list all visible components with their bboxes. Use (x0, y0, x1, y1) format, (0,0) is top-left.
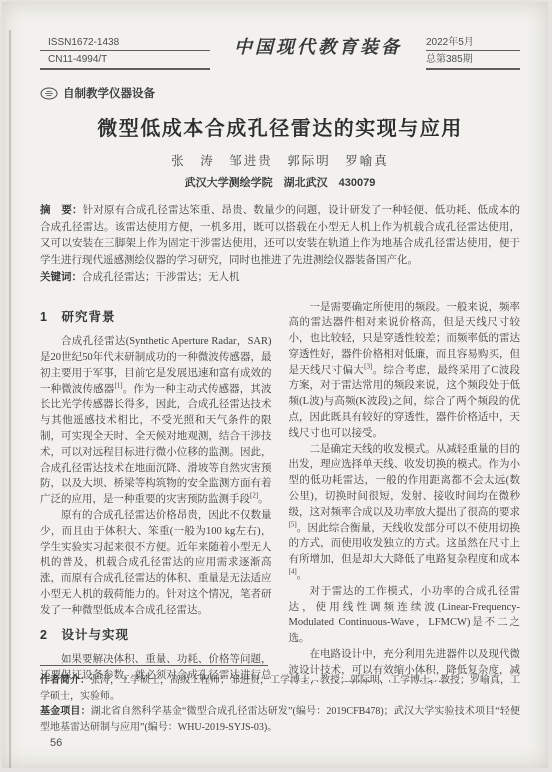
issn-block: ISSN1672-1438 CN11-4994/T (40, 36, 210, 70)
issn-number: ISSN1672-1438 (40, 36, 210, 51)
right-column: 一是需要确定所使用的频段。一般来说，频率高的雷达器件相对来说价格高，但是天线尺寸… (289, 300, 521, 682)
funding-label: 基金项目： (40, 706, 91, 717)
footnotes-block: 作者简介：张涛，工学硕士，高级工程师；邹进贵，工学博士，教授；郭际明，工学博士，… (40, 673, 520, 735)
section-1-paragraph-2: 原有的合成孔径雷达价格昂贵，因此不仅数量少，而且由于体积大、笨重(一般为100 … (40, 508, 272, 619)
keywords-label: 关键词： (40, 271, 82, 283)
section-1-paragraph-1: 合成孔径雷达(Synthetic Aperture Radar，SAR)是20世… (40, 334, 272, 508)
author-list: 张 涛 邹进贵 郭际明 罗喻真 (40, 151, 520, 169)
right-paragraph-3: 对于雷达的工作模式，小功率的合成孔径雷达，使用线性调频连续波(Linear-Fr… (289, 584, 521, 647)
keywords-line: 关键词：合成孔径雷达；干涉雷达；无人机 (40, 269, 520, 287)
abstract-label: 摘 要： (40, 204, 83, 216)
funding-text: 湖北省自然科学基金“微型合成孔径雷达研发”(编号：2019CFB478)；武汉大… (40, 706, 520, 733)
footnote-divider (40, 665, 268, 666)
article-title: 微型低成本合成孔径雷达的实现与应用 (40, 112, 520, 141)
right-paragraph-1: 一是需要确定所使用的频段。一般来说，频率高的雷达器件相对来说价格高，但是天线尺寸… (289, 300, 521, 442)
issue-block: 2022年5月 总第385期 (426, 36, 520, 70)
journal-masthead: ISSN1672-1438 CN11-4994/T 中国现代教育装备 2022年… (40, 36, 520, 70)
issue-date: 2022年5月 (426, 36, 520, 51)
abstract-text: 针对原有合成孔径雷达笨重、昂贵、数量少的问题，设计研发了一种轻便、低功耗、低成本… (40, 205, 520, 266)
page-number: 56 (50, 737, 62, 749)
cn-number: CN11-4994/T (40, 51, 210, 66)
section-1-heading: 1 研究背景 (40, 310, 272, 326)
issue-number: 总第385期 (426, 51, 520, 66)
column-stamp-icon (40, 87, 58, 100)
author-bio-label: 作者简介： (40, 675, 90, 686)
journal-page: ISSN1672-1438 CN11-4994/T 中国现代教育装备 2022年… (2, 2, 548, 768)
column-tag: 自制教学仪器设备 (40, 85, 520, 101)
left-column: 1 研究背景 合成孔径雷达(Synthetic Aperture Radar，S… (40, 300, 272, 682)
column-tag-label: 自制教学仪器设备 (63, 85, 155, 101)
body-columns: 1 研究背景 合成孔径雷达(Synthetic Aperture Radar，S… (40, 300, 520, 682)
journal-name: 中国现代教育装备 (234, 41, 402, 54)
right-paragraph-2: 二是确定天线的收发模式。从减轻重量的目的出发，理应选择单天线、收发切换的模式。作… (289, 442, 521, 584)
abstract-paragraph: 摘 要：针对原有合成孔径雷达笨重、昂贵、数量少的问题，设计研发了一种轻便、低功耗… (40, 202, 520, 269)
section-2-heading: 2 设计与实现 (40, 628, 272, 644)
funding-line: 基金项目：湖北省自然科学基金“微型合成孔径雷达研发”(编号：2019CFB478… (40, 704, 520, 735)
author-bio-text: 张涛，工学硕士，高级工程师；邹进贵，工学博士，教授；郭际明，工学博士，教授；罗喻… (40, 675, 520, 702)
keywords-text: 合成孔径雷达；干涉雷达；无人机 (82, 272, 240, 283)
author-bio-line: 作者简介：张涛，工学硕士，高级工程师；邹进贵，工学博士，教授；郭际明，工学博士，… (40, 673, 520, 704)
affiliation: 武汉大学测绘学院 湖北武汉 430079 (40, 174, 520, 190)
abstract-block: 摘 要：针对原有合成孔径雷达笨重、昂贵、数量少的问题，设计研发了一种轻便、低功耗… (40, 202, 520, 287)
